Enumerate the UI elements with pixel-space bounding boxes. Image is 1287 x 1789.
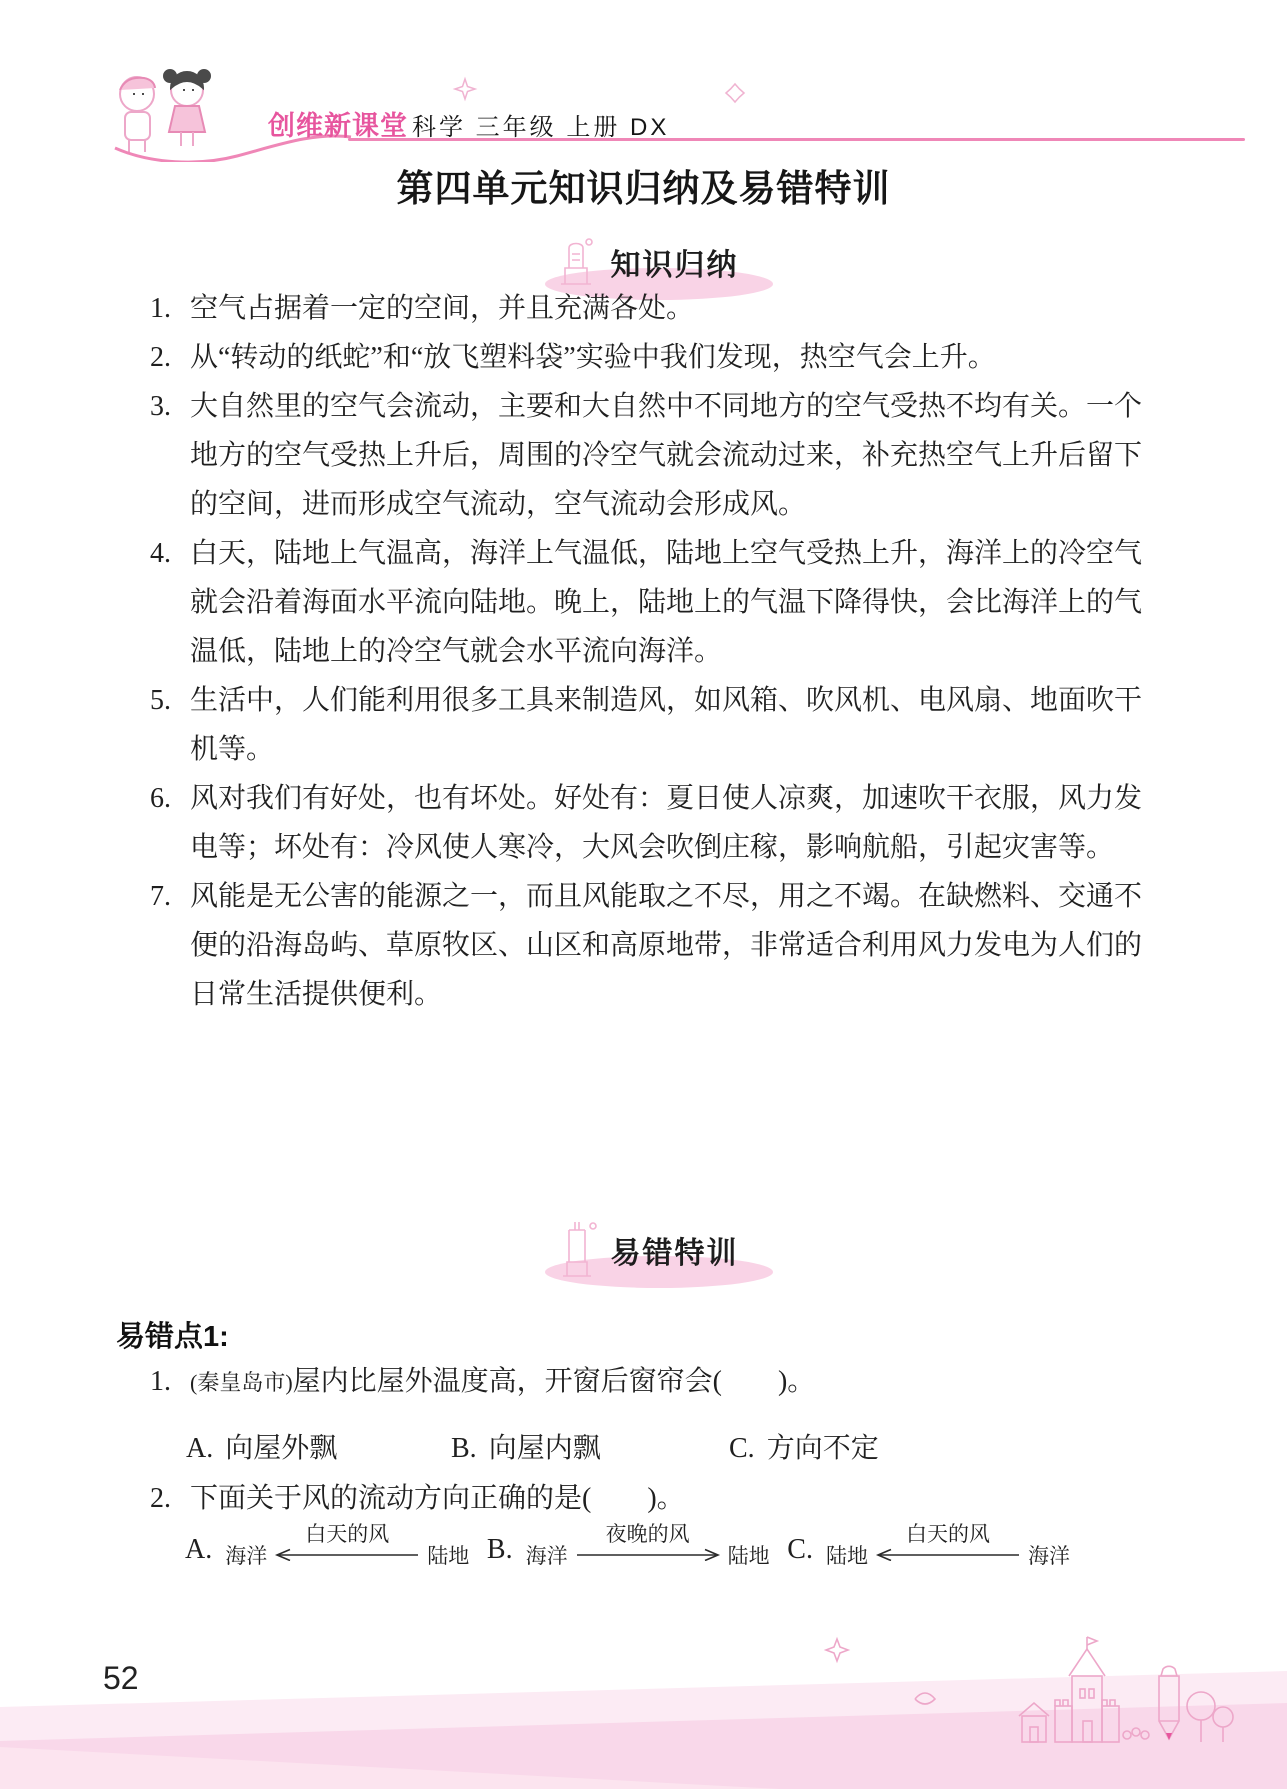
item-text: 白天，陆地上气温高，海洋上气温低，陆地上空气受热上升，海洋上的冷空气就会沿着海面… (190, 529, 1142, 676)
error-point-heading: 易错点1: (116, 1314, 229, 1355)
diagram-right-term: 陆地 (728, 1540, 770, 1570)
question-1: 1.(秦皇岛市)屋内比屋外温度高，开窗后窗帘会( )。 (150, 1364, 1150, 1401)
item-text: 空气占据着一定的空间，并且充满各处。 (190, 284, 1142, 333)
question-source: (秦皇岛市) (190, 1370, 293, 1395)
arrow-right-icon (573, 1547, 723, 1561)
question-text: 下面关于风的流动方向正确的是( )。 (190, 1483, 685, 1514)
item-text: 从“转动的纸蛇”和“放飞塑料袋”实验中我们发现，热空气会上升。 (190, 333, 1142, 382)
section-badge-error-training: 易错特训 (0, 1216, 1287, 1280)
badge-error-label: 易错特训 (611, 1228, 739, 1280)
knowledge-item: 1. 空气占据着一定的空间，并且充满各处。 (150, 284, 1142, 333)
option-b: B.向屋内飘 (451, 1426, 729, 1466)
arrow-left-icon (873, 1547, 1023, 1561)
diagram-left-term: 陆地 (826, 1540, 868, 1570)
option-label: A. (186, 1433, 213, 1464)
option-b-diagram: B. 海洋 夜晚的风 陆地 (487, 1522, 770, 1570)
item-number: 1. (150, 284, 190, 333)
diagram-left-term: 海洋 (225, 1540, 267, 1570)
option-a-diagram: A. 海洋 白天的风 陆地 (185, 1522, 469, 1570)
diagram-left-term: 海洋 (526, 1540, 568, 1570)
wind-direction-label: 白天的风 (906, 1522, 990, 1546)
workbook-page: 创维新课堂 科学 三年级 上册 DX 第四单元知识归纳及易错特训 知识归纳 1.… (0, 0, 1287, 1789)
sparkle-icon (722, 80, 748, 106)
wind-direction-label: 夜晚的风 (606, 1522, 690, 1546)
option-label: C. (787, 1534, 813, 1570)
page-title: 第四单元知识归纳及易错特训 (0, 158, 1287, 212)
badge-illustration-icon (549, 1218, 603, 1280)
knowledge-list: 1. 空气占据着一定的空间，并且充满各处。 2. 从“转动的纸蛇”和“放飞塑料袋… (150, 284, 1142, 1019)
option-label: B. (487, 1534, 513, 1570)
section-badge-knowledge: 知识归纳 (0, 228, 1287, 292)
wind-direction-label: 白天的风 (305, 1522, 389, 1546)
item-text: 生活中，人们能利用很多工具来制造风，如风箱、吹风机、电风扇、地面吹干机等。 (190, 676, 1142, 774)
diagram-right-term: 海洋 (1028, 1540, 1070, 1570)
item-number: 6. (150, 774, 190, 872)
item-text: 风对我们有好处，也有坏处。好处有：夏日使人凉爽，加速吹干衣服，风力发电等；坏处有… (190, 774, 1142, 872)
knowledge-item: 5. 生活中，人们能利用很多工具来制造风，如风箱、吹风机、电风扇、地面吹干机等。 (150, 676, 1142, 774)
item-number: 2. (150, 333, 190, 382)
book-subject-text: 科学 三年级 上册 DX (412, 107, 669, 142)
badge-illustration-icon (549, 230, 603, 292)
arrow-left-icon (272, 1547, 422, 1561)
header-divider (348, 138, 1245, 141)
question-number: 1. (150, 1364, 190, 1400)
item-number: 3. (150, 382, 190, 529)
question-number: 2. (150, 1481, 190, 1517)
knowledge-item: 6. 风对我们有好处，也有坏处。好处有：夏日使人凉爽，加速吹干衣服，风力发电等；… (150, 774, 1142, 872)
option-text: 向屋内飘 (489, 1433, 601, 1464)
diagram-right-term: 陆地 (427, 1540, 469, 1570)
knowledge-item: 3. 大自然里的空气会流动，主要和大自然中不同地方的空气受热不均有关。一个地方的… (150, 382, 1142, 529)
option-label: A. (185, 1534, 212, 1570)
question-2-options: A. 海洋 白天的风 陆地 B. 海洋 夜晚的风 陆地 (185, 1522, 1070, 1570)
option-c-diagram: C. 陆地 白天的风 海洋 (787, 1522, 1070, 1570)
option-text: 方向不定 (767, 1433, 879, 1464)
option-text: 向屋外飘 (225, 1433, 337, 1464)
knowledge-item: 7. 风能是无公害的能源之一，而且风能取之不尽，用之不竭。在缺燃料、交通不便的沿… (150, 872, 1142, 1019)
question-2: 2.下面关于风的流动方向正确的是( )。 (150, 1481, 1150, 1517)
item-number: 4. (150, 529, 190, 676)
question-text: 屋内比屋外温度高，开窗后窗帘会( )。 (293, 1366, 816, 1397)
option-c: C.方向不定 (729, 1426, 1140, 1466)
question-1-options: A.向屋外飘 B.向屋内飘 C.方向不定 (186, 1426, 1140, 1466)
knowledge-item: 2. 从“转动的纸蛇”和“放飞塑料袋”实验中我们发现，热空气会上升。 (150, 333, 1142, 382)
item-number: 7. (150, 872, 190, 1019)
option-label: B. (451, 1433, 477, 1464)
option-a: A.向屋外飘 (186, 1426, 451, 1466)
footer-castle-illustration (797, 1621, 1237, 1751)
sparkle-icon (452, 76, 478, 102)
item-text: 大自然里的空气会流动，主要和大自然中不同地方的空气受热不均有关。一个地方的空气受… (190, 382, 1142, 529)
item-number: 5. (150, 676, 190, 774)
knowledge-item: 4. 白天，陆地上气温高，海洋上气温低，陆地上空气受热上升，海洋上的冷空气就会沿… (150, 529, 1142, 676)
option-label: C. (729, 1433, 755, 1464)
page-number: 52 (103, 1660, 139, 1697)
item-text: 风能是无公害的能源之一，而且风能取之不尽，用之不竭。在缺燃料、交通不便的沿海岛屿… (190, 872, 1142, 1019)
